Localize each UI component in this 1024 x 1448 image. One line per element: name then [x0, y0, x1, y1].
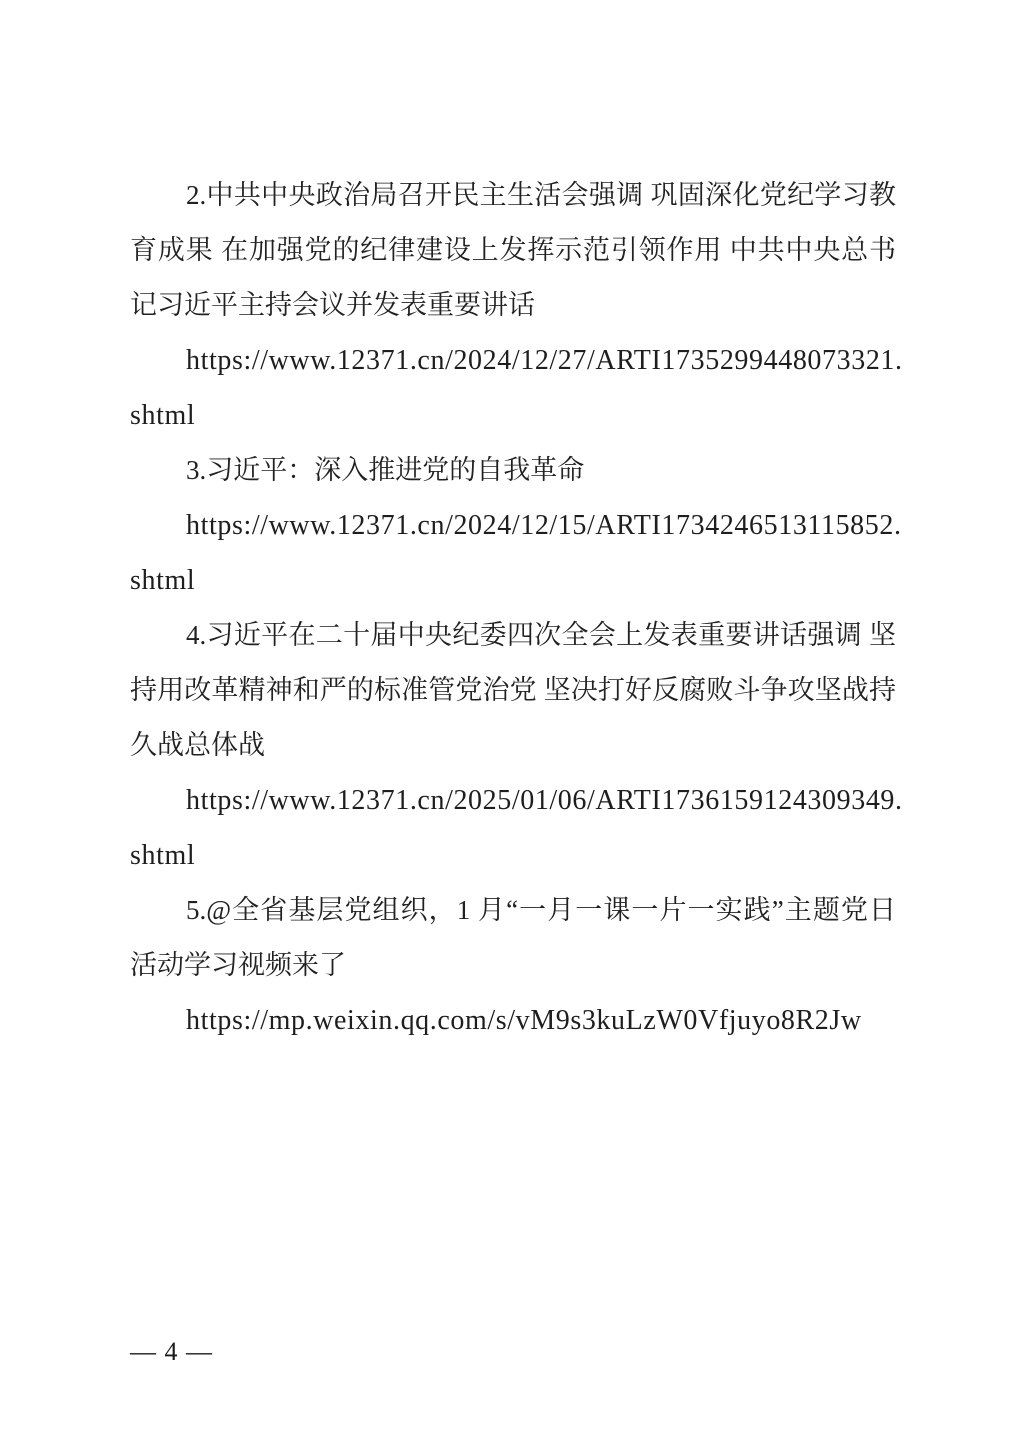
document-body: 2.中共中央政治局召开民主生活会强调 巩固深化党纪学习教 育成果 在加强党的纪律… [130, 168, 896, 1048]
item-2-url-line-1: https://www.12371.cn/2024/12/27/ARTI1735… [130, 333, 896, 388]
item-2-url-line-2: shtml [130, 388, 896, 443]
page-number: — 4 — [130, 1332, 213, 1372]
item-2-title-line-1: 2.中共中央政治局召开民主生活会强调 巩固深化党纪学习教 [130, 168, 896, 223]
item-4-title-line-1: 4.习近平在二十届中央纪委四次全会上发表重要讲话强调 坚 [130, 608, 896, 663]
item-2-title-line-2: 育成果 在加强党的纪律建设上发挥示范引领作用 中共中央总书 [130, 223, 896, 278]
item-5-url-line-1: https://mp.weixin.qq.com/s/vM9s3kuLzW0Vf… [130, 993, 896, 1048]
item-3-title-line-1: 3.习近平：深入推进党的自我革命 [130, 443, 896, 498]
item-3-url-line-2: shtml [130, 553, 896, 608]
item-4-url-line-1: https://www.12371.cn/2025/01/06/ARTI1736… [130, 773, 896, 828]
item-2-title-line-3: 记习近平主持会议并发表重要讲话 [130, 278, 896, 333]
item-5-title-line-1: 5.@全省基层党组织，1 月“一月一课一片一实践”主题党日 [130, 883, 896, 938]
item-4-url-line-2: shtml [130, 828, 896, 883]
item-5-title-line-2: 活动学习视频来了 [130, 938, 896, 993]
document-page: 2.中共中央政治局召开民主生活会强调 巩固深化党纪学习教 育成果 在加强党的纪律… [0, 0, 1024, 1448]
item-4-title-line-3: 久战总体战 [130, 718, 896, 773]
item-4-title-line-2: 持用改革精神和严的标准管党治党 坚决打好反腐败斗争攻坚战持 [130, 663, 896, 718]
item-3-url-line-1: https://www.12371.cn/2024/12/15/ARTI1734… [130, 498, 896, 553]
